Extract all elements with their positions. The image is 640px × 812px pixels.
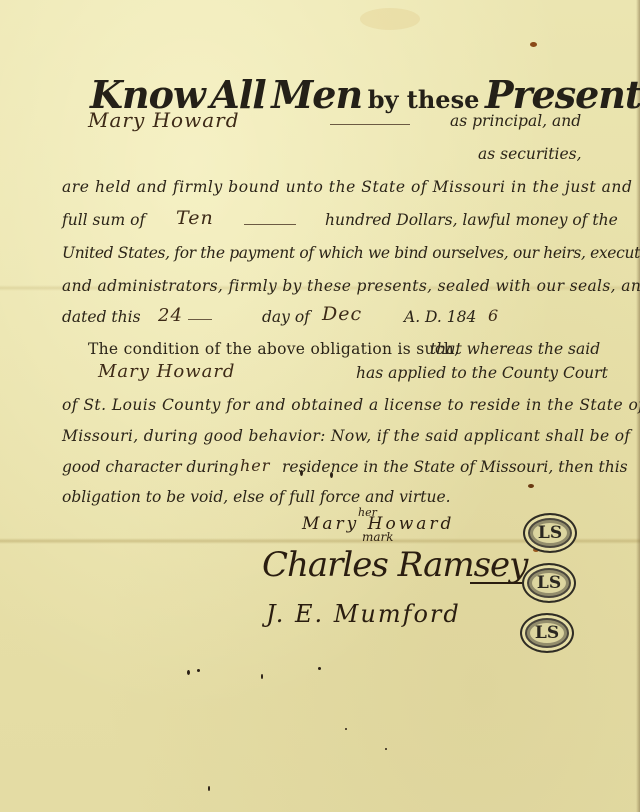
ink-speck [208, 786, 210, 791]
void-text: obligation to be void, else of full forc… [62, 488, 451, 506]
principal-label: as principal, and [450, 112, 581, 130]
blank-rule [244, 224, 296, 225]
bound-text: are held and firmly bound unto the State… [62, 178, 632, 196]
united-states-text: United States, for the payment of which … [62, 244, 640, 262]
blank-rule [330, 124, 410, 125]
line-bound: are held and firmly bound unto the State… [0, 178, 640, 204]
line-securities: as securities, [0, 145, 640, 171]
line-dated: dated this 24 day of Dec A. D. 184 6 [0, 308, 640, 334]
title-by-these: by these [368, 85, 480, 114]
line-condition: The condition of the above obligation is… [0, 340, 640, 366]
seal-3: LS [520, 613, 574, 653]
line-county: of St. Louis County for and obtained a l… [0, 396, 640, 422]
character-suffix: residence in the State of Missouri, then… [282, 458, 628, 476]
stain [530, 42, 537, 47]
anno-domini: A. D. 184 [404, 308, 476, 326]
applied-text: has applied to the County Court [356, 364, 608, 382]
ink-speck [318, 667, 321, 670]
ink-speck [300, 470, 303, 476]
sum-amount: Ten [176, 207, 214, 229]
seal-label: LS [538, 523, 562, 543]
date-month: Dec [322, 303, 362, 325]
sum-prefix: full sum of [62, 211, 145, 229]
stain [360, 8, 420, 30]
ink-speck [385, 748, 387, 750]
line-united-states: United States, for the payment of which … [0, 244, 640, 270]
ink-speck [187, 670, 190, 675]
line-character: good character during her residence in t… [0, 458, 640, 484]
date-year-digit: 6 [488, 306, 499, 325]
date-day: 24 [158, 305, 183, 326]
sum-suffix: hundred Dollars, lawful money of the [325, 211, 618, 229]
signature-charles-ramsey: Charles Ramsey [262, 545, 527, 585]
line-administrators: and administrators, firmly by these pres… [0, 277, 640, 303]
county-text: of St. Louis County for and obtained a l… [62, 396, 640, 414]
line-behavior: Missouri, during good behavior: Now, if … [0, 427, 640, 453]
ink-speck [261, 674, 263, 679]
character-prefix: good character during [62, 458, 239, 476]
whereas-text: that whereas the said [430, 340, 600, 358]
line-sum: full sum of Ten hundred Dollars, lawful … [0, 211, 640, 237]
seal-label: LS [537, 573, 561, 593]
line-principal: Mary Howard as principal, and [0, 112, 640, 138]
line-applicant: Mary Howard has applied to the County Co… [0, 364, 640, 390]
title-men: Men [271, 72, 362, 117]
signature-flourish [470, 582, 530, 584]
ink-speck [197, 669, 200, 672]
applicant-name: Mary Howard [98, 361, 235, 382]
pronoun-handwritten: her [240, 456, 270, 475]
signature-annotation-mark: mark [362, 530, 394, 544]
administrators-text: and administrators, firmly by these pres… [62, 277, 640, 295]
seal-1: LS [523, 513, 577, 553]
ink-speck [330, 472, 333, 478]
signature-je-mumford: J. E. Mumford [266, 600, 461, 628]
ink-speck [345, 728, 347, 730]
line-void: obligation to be void, else of full forc… [0, 488, 640, 514]
seal-label: LS [535, 623, 559, 643]
securities-label: as securities, [478, 145, 582, 163]
title-presents: Presents, [485, 72, 640, 117]
principal-name: Mary Howard [88, 108, 240, 132]
dated-prefix: dated this [62, 308, 141, 326]
blank-rule [188, 319, 212, 320]
seal-2: LS [522, 563, 576, 603]
condition-text: The condition of the above obligation is… [88, 340, 459, 358]
day-of-label: day of [262, 308, 310, 326]
behavior-text: Missouri, during good behavior: Now, if … [62, 427, 631, 445]
